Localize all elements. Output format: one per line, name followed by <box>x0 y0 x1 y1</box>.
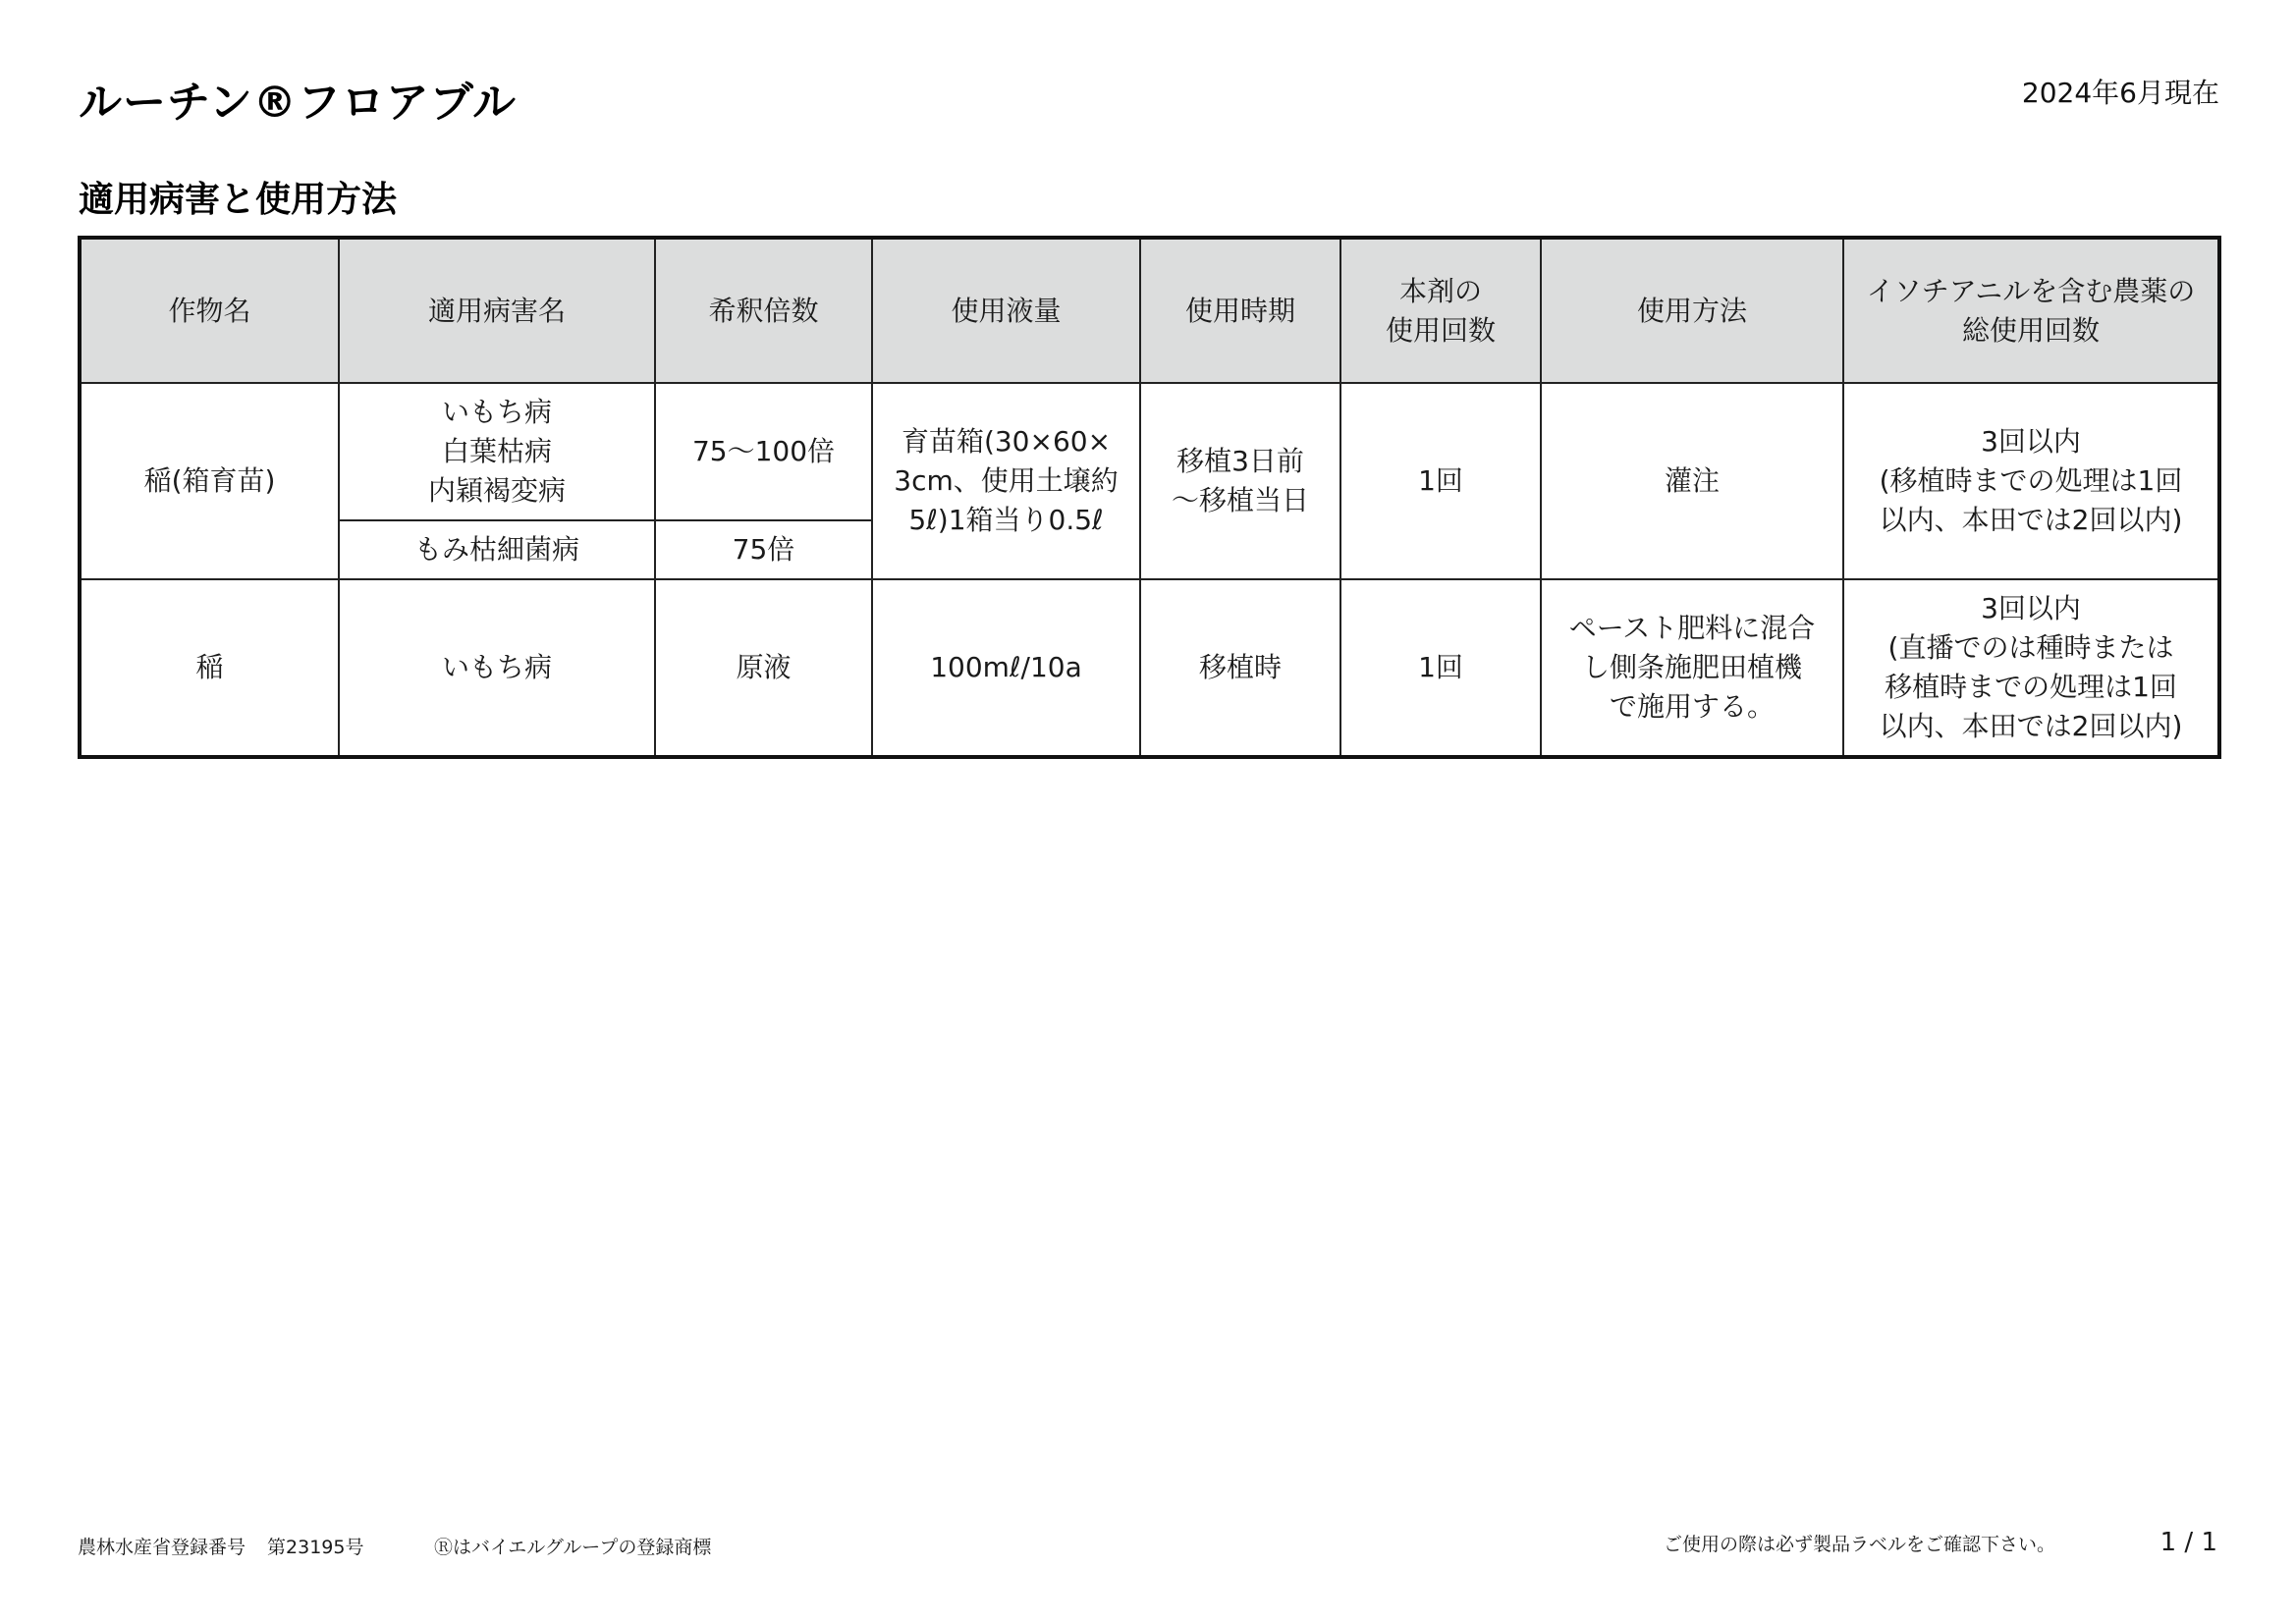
usage-table: 作物名 適用病害名 希釈倍数 使用液量 使用時期 本剤の 使用回数 使用方法 イ… <box>78 236 2221 759</box>
cell-volume: 育苗箱(30×60× 3cm、使用土壌約 5ℓ)1箱当り0.5ℓ <box>872 383 1140 579</box>
column-header-disease: 適用病害名 <box>339 238 655 383</box>
table-header-row: 作物名 適用病害名 希釈倍数 使用液量 使用時期 本剤の 使用回数 使用方法 イ… <box>80 238 2219 383</box>
cell-crop: 稲(箱育苗) <box>80 383 339 579</box>
registration-number: 第23195号 <box>267 1537 363 1558</box>
cell-disease: いもち病 白葉枯病 内穎褐変病 <box>339 383 655 520</box>
column-header-total-count: イソチアニルを含む農薬の 総使用回数 <box>1843 238 2219 383</box>
product-title: ルーチン®フロアブル <box>79 79 517 128</box>
cell-volume: 100mℓ/10a <box>872 579 1140 757</box>
cell-count: 1回 <box>1340 579 1541 757</box>
column-header-timing: 使用時期 <box>1140 238 1340 383</box>
cell-count: 1回 <box>1340 383 1541 579</box>
registration-info: 農林水産省登録番号第23195号 <box>78 1535 363 1560</box>
table-row: 稲(箱育苗) いもち病 白葉枯病 内穎褐変病 75〜100倍 育苗箱(30×60… <box>80 383 2219 520</box>
column-header-method: 使用方法 <box>1541 238 1843 383</box>
cell-dilution: 75〜100倍 <box>655 383 872 520</box>
cell-timing: 移植3日前 〜移植当日 <box>1140 383 1340 579</box>
cell-total-count: 3回以内 (直播でのは種時または 移植時までの処理は1回 以内、本田では2回以内… <box>1843 579 2219 757</box>
cell-dilution: 原液 <box>655 579 872 757</box>
cell-dilution: 75倍 <box>655 520 872 579</box>
as-of-date: 2024年6月現在 <box>2022 77 2219 110</box>
table-row: 稲 いもち病 原液 100mℓ/10a 移植時 1回 ペースト肥料に混合 し側条… <box>80 579 2219 757</box>
cell-method: ペースト肥料に混合 し側条施肥田植機 で施用する。 <box>1541 579 1843 757</box>
cell-timing: 移植時 <box>1140 579 1340 757</box>
cell-method: 灌注 <box>1541 383 1843 579</box>
cell-disease: もみ枯細菌病 <box>339 520 655 579</box>
section-title: 適用病害と使用方法 <box>79 179 397 222</box>
cell-total-count: 3回以内 (移植時までの処理は1回 以内、本田では2回以内) <box>1843 383 2219 579</box>
cell-disease: いもち病 <box>339 579 655 757</box>
cell-crop: 稲 <box>80 579 339 757</box>
column-header-volume: 使用液量 <box>872 238 1140 383</box>
column-header-dilution: 希釈倍数 <box>655 238 872 383</box>
registration-label: 農林水産省登録番号 <box>78 1537 246 1558</box>
page-number: 1 / 1 <box>2160 1526 2217 1559</box>
column-header-crop: 作物名 <box>80 238 339 383</box>
trademark-note: Ⓡはバイエルグループの登録商標 <box>434 1535 711 1560</box>
label-check-note: ご使用の際は必ず製品ラベルをご確認下さい。 <box>1664 1532 2055 1557</box>
column-header-count: 本剤の 使用回数 <box>1340 238 1541 383</box>
